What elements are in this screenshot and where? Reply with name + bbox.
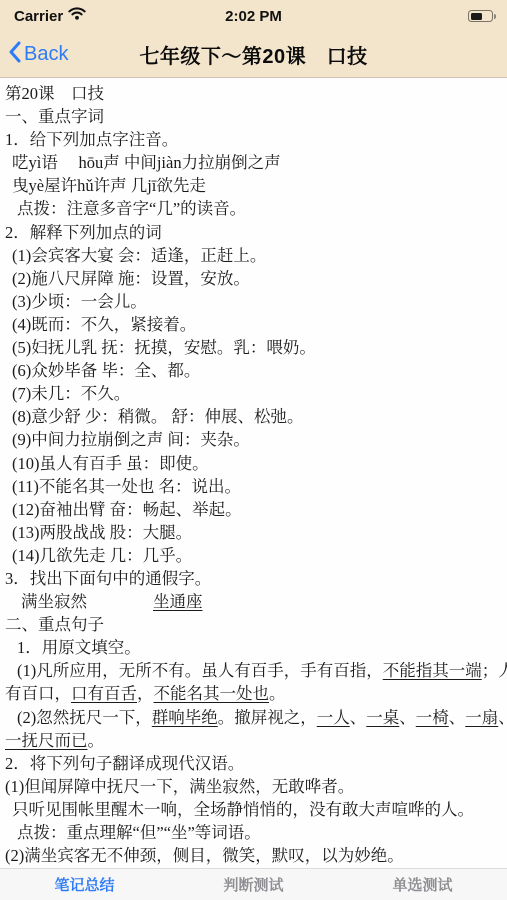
text-segment: (11)不能名其一处也 名：说出。 (12, 477, 241, 496)
content-line: (2)施八尺屏障 施：设置，安放。 (0, 267, 507, 290)
text-segment: (5)妇抚儿乳 抚：抚摸，安慰。乳：喂奶。 (12, 338, 316, 357)
text-segment: 、 (449, 708, 466, 727)
content-line: 点拨：重点理解“但”“坐”等词语。 (0, 821, 507, 844)
content-line: (3)少顷：一会儿。 (0, 290, 507, 313)
carrier-label: Carrier (14, 8, 63, 25)
text-segment: 一、重点字词 (5, 107, 104, 126)
text-segment: 、 (399, 708, 416, 727)
text-segment: (12)奋袖出臂 奋：畅起、举起。 (12, 500, 242, 519)
underlined-answer-text: 群响毕绝 (152, 708, 218, 727)
content-line: (2)满坐宾客无不伸颈，侧目，微笑，默叹，以为妙绝。 (0, 844, 507, 867)
content-line: (5)妇抚儿乳 抚：抚摸，安慰。乳：喂奶。 (0, 336, 507, 359)
content-line: (9)中间力拉崩倒之声 间：夹杂。 (0, 428, 507, 451)
back-button[interactable]: Back (8, 32, 68, 77)
tab-notes-summary[interactable]: 笔记总结 (0, 874, 169, 895)
text-segment: 、 (350, 708, 367, 727)
text-segment: 第20课 口技 (5, 84, 104, 103)
content-line: 有百口，口有百舌，不能名其一处也。 (0, 682, 507, 705)
content-lines: 第20课 口技一、重点字词1．给下列加点字注音。呓yì语 hōu声 中间jiàn… (0, 82, 507, 867)
text-segment: (7)未几：不久。 (12, 384, 130, 403)
underlined-answer-text: 一扇 (465, 708, 498, 727)
text-segment: (8)意少舒 少：稍微。 舒：伸展、松弛。 (12, 407, 304, 426)
chevron-left-icon (8, 41, 21, 68)
content-line: (1)但闻屏障中抚尺一下，满坐寂然，无敢哗者。 (0, 775, 507, 798)
text-segment: 呓yì语 hōu声 中间jiàn力拉崩倒之声 (12, 153, 281, 172)
text-segment: 。 (88, 731, 105, 750)
text-segment: 2．将下列句子翻译成现代汉语。 (5, 754, 244, 773)
text-segment: (14)几欲先走 几：几乎。 (12, 546, 192, 565)
underlined-answer-text: 一人 (317, 708, 350, 727)
status-bar: Carrier 2:02 PM (0, 0, 507, 32)
text-segment: (1)凡所应用，无所不有。虽人有百手，手有百指， (17, 661, 383, 680)
content-line: (2)忽然抚尺一下，群响毕绝。撤屏视之，一人、一桌、一椅、一扇、 (0, 706, 507, 729)
back-label: Back (24, 43, 68, 66)
content-line: 2．解释下列加点的词 (0, 221, 507, 244)
page-title: 七年级下～第20课 口技 (0, 32, 507, 77)
content-line: 第20课 口技 (0, 82, 507, 105)
content-line: 满坐寂然 坐通座 (0, 590, 507, 613)
content-line: 一抚尺而已。 (0, 729, 507, 752)
text-segment: (2)施八尺屏障 施：设置，安放。 (12, 269, 250, 288)
text-segment: (3)少顷：一会儿。 (12, 292, 147, 311)
content-line: 呓yì语 hōu声 中间jiàn力拉崩倒之声 (0, 151, 507, 174)
text-segment: 1．用原文填空。 (17, 638, 141, 657)
battery-icon (468, 10, 493, 22)
wifi-icon (68, 7, 86, 25)
content-line: 一、重点字词 (0, 105, 507, 128)
underlined-answer-text: 不能指其一端 (383, 661, 482, 680)
content-line: (6)众妙毕备 毕：全、都。 (0, 359, 507, 382)
text-segment: 有百口， (5, 684, 71, 703)
text-segment: (1)会宾客大宴 会：适逢，正赶上。 (12, 246, 266, 265)
content-line: (7)未几：不久。 (0, 382, 507, 405)
content-line: 3．找出下面句中的通假字。 (0, 567, 507, 590)
text-segment: 。 (269, 684, 286, 703)
tab-judgment-test[interactable]: 判断测试 (169, 874, 338, 895)
text-segment: 1．给下列加点字注音。 (5, 130, 178, 149)
tab-bar: 笔记总结 判断测试 单选测试 (0, 868, 507, 900)
text-segment: 2．解释下列加点的词 (5, 223, 162, 242)
content-line: (12)奋袖出臂 奋：畅起、举起。 (0, 498, 507, 521)
content-line: 1．给下列加点字注音。 (0, 128, 507, 151)
text-segment: (4)既而：不久，紧接着。 (12, 315, 196, 334)
status-left: Carrier (14, 7, 86, 25)
text-segment: (2)忽然抚尺一下， (17, 708, 152, 727)
text-segment: 只听见围帐里醒木一响，全场静悄悄的，没有敢大声喧哗的人。 (12, 800, 474, 819)
text-segment: (2)满坐宾客无不伸颈，侧目，微笑，默叹，以为妙绝。 (5, 846, 404, 865)
text-segment: (10)虽人有百手 虽：即使。 (12, 454, 209, 473)
content-line: (1)会宾客大宴 会：适逢，正赶上。 (0, 244, 507, 267)
underlined-answer-text: 一桌 (366, 708, 399, 727)
content-line: 1．用原文填空。 (0, 636, 507, 659)
tab-multiple-choice-test[interactable]: 单选测试 (338, 874, 507, 895)
text-segment: 满坐寂然 (21, 592, 87, 611)
underlined-answer-text: 坐通座 (153, 592, 203, 611)
underlined-answer-text: 不能名其一处也 (154, 684, 270, 703)
content-line: 点拨：注意多音字“几”的读音。 (0, 197, 507, 220)
content-line: (10)虽人有百手 虽：即使。 (0, 452, 507, 475)
text-segment: 。撤屏视之， (218, 708, 317, 727)
text-segment: 二、重点句子 (5, 615, 104, 634)
underlined-answer-text: 口有百舌 (71, 684, 137, 703)
text-segment: (9)中间力拉崩倒之声 间：夹杂。 (12, 430, 250, 449)
content-line: (8)意少舒 少：稍微。 舒：伸展、松弛。 (0, 405, 507, 428)
text-segment: 点拨：重点理解“但”“坐”等词语。 (17, 823, 261, 842)
text-segment (87, 592, 153, 611)
text-segment: (1)但闻屏障中抚尺一下，满坐寂然，无敢哗者。 (5, 777, 354, 796)
nav-bar: Back 七年级下～第20课 口技 (0, 32, 507, 78)
content-line: (13)两股战战 股：大腿。 (0, 521, 507, 544)
underlined-answer-text: 一抚尺而已 (5, 731, 88, 750)
text-segment: ；人 (482, 661, 507, 680)
content-line: (4)既而：不久，紧接着。 (0, 313, 507, 336)
app-window: Carrier 2:02 PM Back 七年级下～第20课 口技 (0, 0, 507, 900)
text-segment: 3．找出下面句中的通假字。 (5, 569, 211, 588)
text-segment: 曳yè屋许hǔ许声 几jī欲先走 (12, 176, 206, 195)
text-segment: 点拨：注意多音字“几”的读音。 (17, 199, 246, 218)
content-line: 只听见围帐里醒木一响，全场静悄悄的，没有敢大声喧哗的人。 (0, 798, 507, 821)
underlined-answer-text: 一椅 (416, 708, 449, 727)
content-line: 二、重点句子 (0, 613, 507, 636)
content-line: (11)不能名其一处也 名：说出。 (0, 475, 507, 498)
content-line: 2．将下列句子翻译成现代汉语。 (0, 752, 507, 775)
text-segment: (6)众妙毕备 毕：全、都。 (12, 361, 200, 380)
text-segment: ， (137, 684, 154, 703)
content-line: (14)几欲先走 几：几乎。 (0, 544, 507, 567)
text-segment: 、 (498, 708, 507, 727)
lesson-notes-content[interactable]: 第20课 口技一、重点字词1．给下列加点字注音。呓yì语 hōu声 中间jiàn… (0, 78, 507, 868)
text-segment: (13)两股战战 股：大腿。 (12, 523, 192, 542)
content-line: (1)凡所应用，无所不有。虽人有百手，手有百指，不能指其一端；人 (0, 659, 507, 682)
content-line: 曳yè屋许hǔ许声 几jī欲先走 (0, 174, 507, 197)
